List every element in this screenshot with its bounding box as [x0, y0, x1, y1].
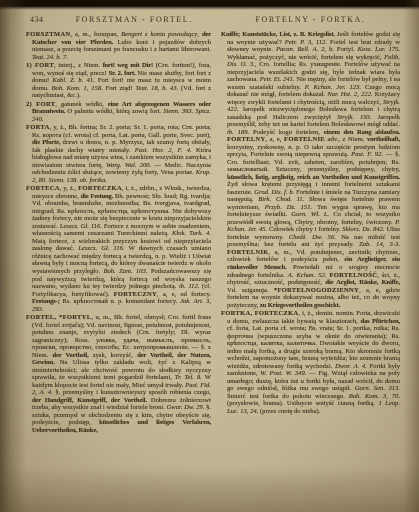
text-segment: Przyb. Dz. 151.: [265, 204, 317, 211]
text-segment: Past. F. 92.: [351, 151, 386, 158]
running-heads: 434 FORSZTMAN - FORTEL. FORTELNY - FORTK…: [26, 15, 400, 24]
text-segment: W. Post. W. 349.: [260, 370, 309, 377]
text-segment: Dwor. A. 4.: [335, 363, 369, 370]
text-segment: Chedź. Dw. 56.: [289, 234, 341, 241]
text-columns: FORSZTMAN, a, m., forszpan, Bengert z ko…: [26, 31, 400, 463]
text-segment: , a, e, od fortecy.: [157, 291, 211, 298]
text-segment: FORTELNY: [227, 136, 265, 143]
text-segment: Podeyść kogo fortelem,: [253, 129, 324, 136]
text-segment: einem den Rang ablaufen.: [324, 129, 400, 136]
text-segment: Rs. крѣпостный n. p. komendant fortecy.: [62, 298, 180, 305]
text-segment: Boh. Kom. 1, 158.: [52, 85, 106, 92]
text-segment: , a, m., forszpan,: [70, 31, 121, 38]
page-content: 434 FORSZTMAN - FORTEL. FORTELNY - FORTK…: [26, 15, 400, 463]
text-segment: zysk, korzyść,: [93, 352, 137, 359]
text-segment: Leszcz. Gł. 116.: [60, 223, 104, 230]
text-segment: vortheilhaft,: [367, 136, 400, 143]
text-segment: Kosz. Lor. 175.: [358, 46, 400, 53]
text-segment: das Pförtchen,: [360, 318, 400, 325]
text-segment: künstlich, listig, arglistig, reich an V…: [227, 174, 400, 181]
text-segment: Leszcz. Gł. 116.: [78, 245, 128, 252]
dictionary-paragraph: 1) FORT, interj., z Niem. fort! weg mit …: [26, 62, 211, 100]
text-segment: Tr. Tel. 8.: [175, 374, 205, 381]
text-segment: Gorn. Sen. 313.: [355, 385, 400, 392]
text-segment: , gatunek wódki,: [55, 101, 107, 108]
running-head-left-title: FORSZTMAN - FORTEL.: [58, 15, 212, 24]
text-segment: Kabl. Z. b. 41.: [52, 77, 98, 84]
text-segment: die Festung.: [81, 193, 115, 200]
dictionary-paragraph: FORSZTMAN, a, m., forszpan, Bengert z ko…: [26, 31, 211, 61]
text-segment: Stryjk. 193.: [337, 114, 378, 121]
text-segment: FORTA: [26, 124, 50, 131]
dictionary-paragraph: FORTECA, y, ż., FORTECZKA, i, ż., zdrbn.…: [26, 185, 211, 313]
text-segment: A. Kchan. 52.: [288, 272, 330, 279]
text-segment: Warg. Wal. 200.: [106, 162, 154, 169]
text-segment: Człowiek chytry i fortelny.: [269, 226, 342, 233]
text-segment: 1) FORT: [26, 62, 54, 69]
text-segment: Fortyl.: [337, 46, 358, 53]
text-segment: Sr. 2. fort.: [109, 70, 138, 77]
text-segment: FORTECZKA: [78, 185, 122, 192]
dictionary-paragraph: 2) FORT, gatunek wódki, eine Art abgezog…: [26, 101, 211, 124]
text-segment: fort! weg mit Dir!: [103, 62, 153, 69]
text-segment: FORTECZNY: [114, 291, 157, 298]
text-segment: Gorn. Wł. L.: [291, 211, 333, 218]
text-segment: FORTECA: [26, 185, 60, 192]
text-segment: Birk. Chod. 11.: [258, 196, 309, 203]
text-segment: FORSZTMAN: [26, 31, 70, 38]
text-segment: Kłok. Turk. 4.: [172, 230, 211, 237]
text-segment: Teat. 24. b. 7.: [32, 54, 68, 61]
text-segment: ib. 112.: [179, 283, 202, 290]
text-segment: Fort ztąd!: [106, 85, 136, 92]
text-segment: , y, ż., Bh. fortna; Sr. 2. porta; Sr. 1…: [32, 124, 211, 139]
text-segment: adv., z Niem.: [325, 136, 367, 143]
text-segment: Vd. szigannja.: [227, 287, 274, 294]
text-segment: ib. 189.: [227, 129, 253, 136]
text-segment: FORTELNOŚĆ: [329, 272, 377, 279]
dictionary-paragraph: FORTEL, *FORTYL, u, m., Bh. fortel, obmy…: [26, 314, 211, 434]
text-segment: FORTKA, FORTECZKA: [221, 310, 298, 317]
running-head-left-column: 434 FORSZTMAN - FORTEL.: [26, 15, 211, 24]
text-segment: Petr. P. 3, 112.: [285, 39, 330, 46]
left-text-column: FORSZTMAN, a, m., forszpan, Bengert z ko…: [26, 31, 211, 463]
running-head-right-title: FORTELNY - FORTKA.: [221, 15, 400, 24]
text-segment: FORTELNIE: [284, 136, 325, 143]
text-segment: O paleniu wódki, którą zowią fort.: [67, 108, 163, 115]
text-segment: FORTEL, *FORTYL: [26, 314, 91, 321]
page-number: 434: [30, 15, 44, 24]
text-segment: (przysłowie, brama). Usiłuycie wniyść ci…: [227, 400, 378, 407]
text-segment: zu Kriegsvortheilen geschickt.: [260, 302, 340, 309]
text-segment: der Vortheil,: [53, 352, 93, 359]
text-segment: Sklorz. Dz. 842.: [342, 226, 386, 233]
text-segment: Nar. Hst. 2, 222.: [327, 91, 374, 98]
dictionary-paragraph: FORTA, y, ż., Bh. fortna; Sr. 2. porta; …: [26, 124, 211, 184]
text-segment: FORTELNIK: [227, 249, 269, 256]
text-segment: die Pforte,: [32, 139, 63, 146]
right-text-column: Kniffe; Kunststücke, List, z. B. Kriegsl…: [221, 31, 400, 463]
text-segment: Grod. Dis. f. b.: [254, 189, 296, 196]
scanned-dictionary-page: 434 FORSZTMAN - FORTEL. FORTELNY - FORTK…: [0, 0, 419, 512]
dictionary-paragraph: Kniffe; Kunststücke, List, z. B. Kriegsl…: [221, 31, 400, 309]
text-segment: Wykłamać, pożyczyć, nie wrócić, fortelem…: [227, 54, 384, 61]
text-segment: 2) FORT: [26, 101, 55, 108]
scan-top-edge-shadow: [0, 0, 419, 10]
text-segment: , interj., z Niem.: [54, 62, 103, 69]
dictionary-paragraph: FORTKA, FORTECZKA, i, ż., demin. nomin. …: [221, 310, 400, 415]
text-segment: , a, e,: [265, 136, 284, 143]
text-segment: Pacan. Bell. A. 2, b.: [276, 46, 337, 53]
text-segment: der Handgriff, Kunstgriff, der Vortheil.: [32, 397, 151, 404]
text-segment: Zab. 14, 3-3.: [359, 241, 400, 248]
scan-right-edge-shadow: [403, 0, 419, 512]
text-segment: Kniffe; Kunststücke, List, z. B. Kriegsl…: [221, 31, 337, 38]
text-segment: Festungs-;: [32, 298, 62, 305]
text-segment: Boh. Kom. 3, 70.: [349, 393, 400, 400]
text-segment: Bengert z konia powodzący: [121, 31, 197, 38]
text-segment: (przez cnotę do nieba).: [260, 408, 320, 415]
text-segment: die Arglist, Ränke, Kniffe,: [325, 279, 400, 286]
text-segment: Teat. 18, b. 43.: [136, 85, 182, 92]
text-segment: *FORTELNOGODZIENNY: [274, 287, 359, 294]
text-segment: P. Kchan. Jer. 123.: [305, 84, 365, 91]
text-segment: §. przemyślny i kunsztownieyszy sposób r…: [55, 389, 211, 396]
scan-bottom-edge-shadow: [0, 466, 419, 512]
text-segment: Śmierć iest fortka do pokoiu wiecznego.: [227, 393, 349, 400]
text-segment: Gwar. Dw. 29.: [167, 404, 207, 411]
scan-left-gutter-shadow: [0, 0, 26, 512]
text-segment: , y, ż.,: [60, 185, 78, 192]
text-segment: Petr. Et. 241.: [260, 76, 297, 83]
text-segment: Past. Hor. 2, F. 4.: [135, 147, 196, 154]
text-segment: Boh. Zam. 103.: [103, 268, 150, 275]
